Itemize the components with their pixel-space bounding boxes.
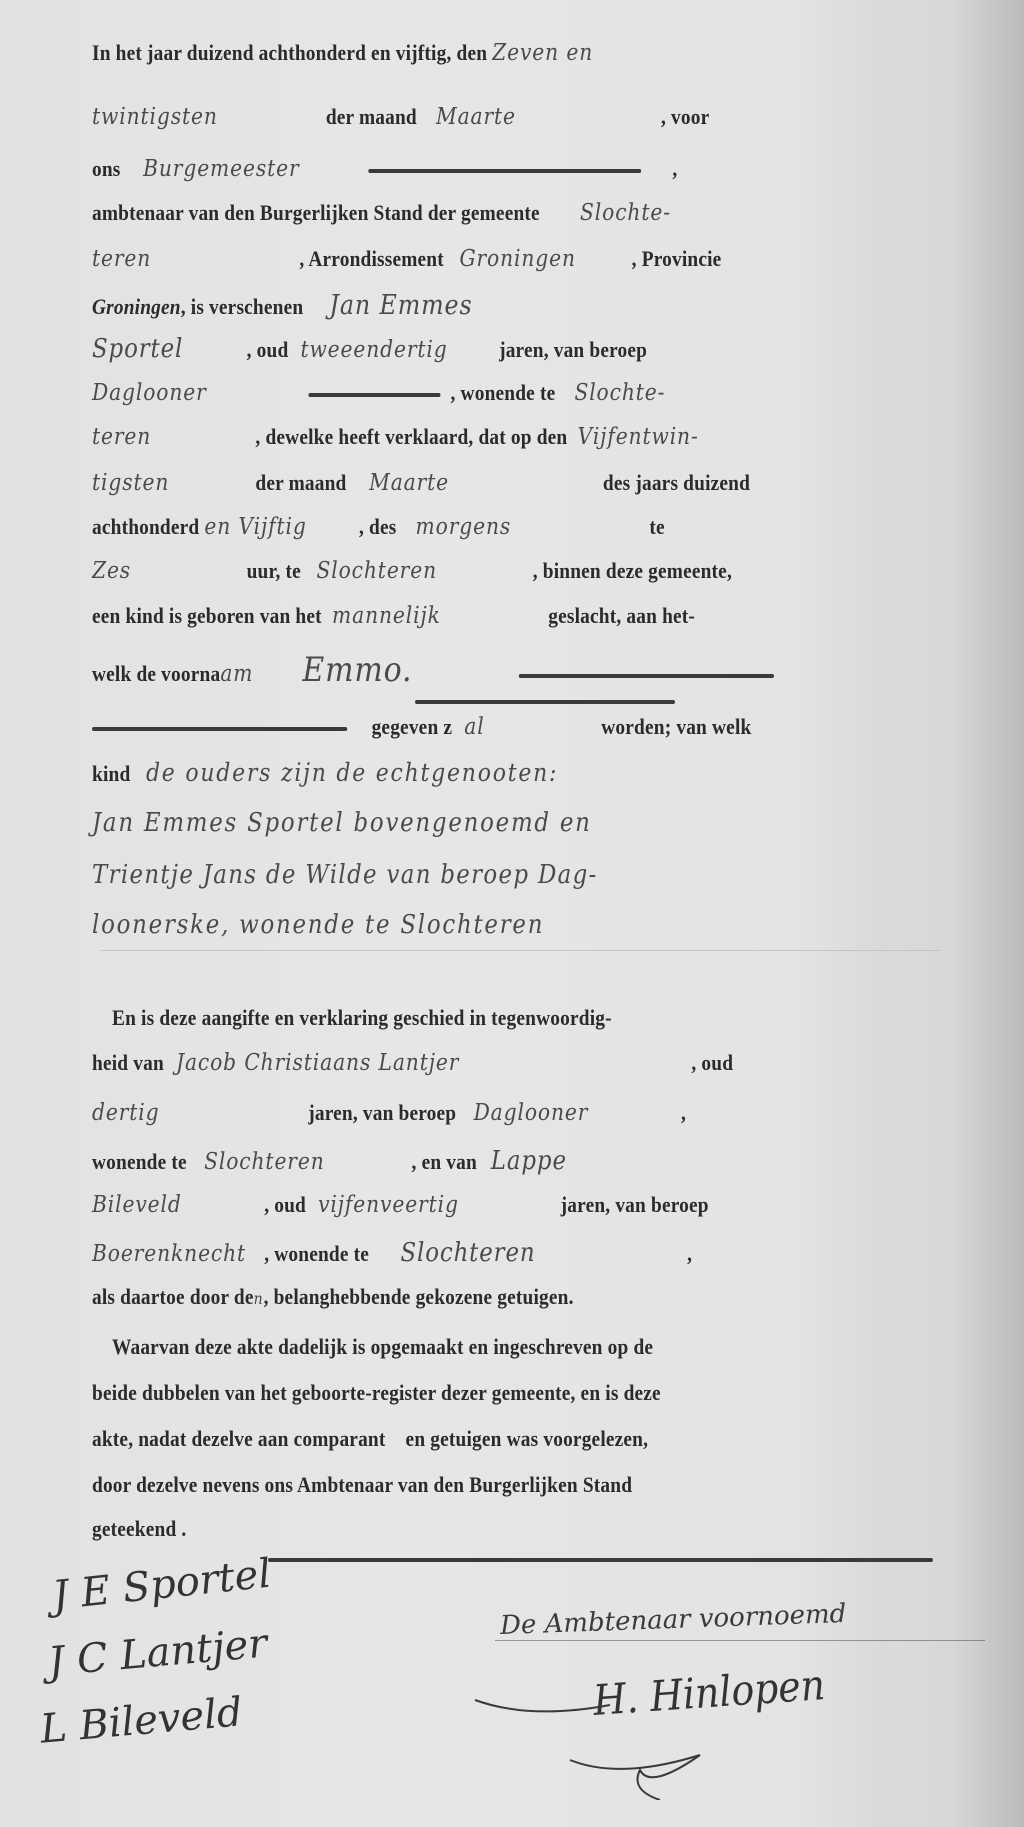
printed-text: , belanghebbende gekozene getuigen.: [264, 1284, 574, 1309]
witness-line-4: wonende te Slochteren , en van Lappe: [92, 1146, 858, 1186]
handwritten-month: Maarte: [436, 104, 656, 130]
witness-line-5: Bileveld , oud vijfenveertig jaren, van …: [92, 1192, 858, 1232]
birth-record-line-5: teren , Arrondissement Groningen , Provi…: [92, 246, 858, 286]
handwritten-day-cont: twintigsten: [92, 104, 321, 130]
printed-text: achthonderd: [92, 514, 199, 539]
printed-text: worden; van welk: [601, 714, 751, 739]
birth-record-line-14: welk de voornaam Emmo.: [92, 650, 858, 700]
handwritten-witness-1-occupation: Daglooner: [474, 1100, 676, 1126]
printed-text: beide dubbelen van het geboorte-register…: [92, 1380, 661, 1405]
birth-record-line-11: achthonderd en Vijftig , des morgens te: [92, 514, 858, 554]
birth-record-line-4: ambtenaar van den Burgerlijken Stand der…: [92, 200, 858, 240]
handwritten-suffix: n: [254, 1289, 264, 1308]
birth-record-line-10: tigsten der maand Maarte des jaars duize…: [92, 470, 858, 510]
fill-line: [519, 674, 774, 678]
fill-line: [368, 169, 641, 173]
printed-province: Groningen: [92, 294, 181, 319]
handwritten-child-first-name: Emmo.: [302, 650, 513, 690]
printed-text: ons: [92, 156, 121, 181]
printed-text: Waarvan deze akte dadelijk is opgemaakt …: [112, 1334, 653, 1359]
handwritten-suffix: al: [464, 714, 596, 740]
fill-line: [92, 727, 347, 731]
printed-text: In het jaar duizend achthonderd en vijft…: [92, 40, 487, 65]
handwritten-arrondissement: Groningen: [459, 246, 626, 272]
closing-line-2: beide dubbelen van het geboorte-register…: [92, 1380, 858, 1420]
printed-text: , dewelke heeft verklaard, dat op den: [255, 424, 567, 449]
handwritten-sex: mannelijk: [332, 603, 543, 629]
birth-record-line-12: Zes uur, te Slochteren , binnen deze gem…: [92, 558, 858, 598]
closing-line-3: akte, nadat dezelve aan comparant en get…: [92, 1426, 858, 1466]
birth-record-line-2: twintigsten der maand Maarte , voor: [92, 104, 858, 144]
birth-record-line-6: Groningen, is verschenen Jan Emmes: [92, 290, 858, 330]
handwritten-time-of-day: morgens: [416, 514, 645, 540]
birth-record-line-9: teren , dewelke heeft verklaard, dat op …: [92, 424, 858, 464]
handwritten-father: Jan Emmes Sportel bovengenoemd en: [92, 808, 592, 838]
printed-text: , oud: [247, 337, 289, 362]
document-page: In het jaar duizend achthonderd en vijft…: [0, 0, 1024, 1827]
birth-record-line-3: ons Burgemeester ,: [92, 156, 858, 196]
printed-text: een kind is geboren van het: [92, 603, 322, 628]
printed-text: , oud: [264, 1192, 306, 1217]
signature-flourish-icon: [470, 1680, 830, 1800]
fill-line: [415, 700, 675, 704]
printed-text: , wonende te: [451, 380, 556, 405]
printed-text: , is verschenen: [181, 294, 304, 319]
birth-record-line-15: gegeven z al worden; van welk: [92, 714, 858, 754]
handwritten-official-title: Burgemeester: [143, 156, 363, 182]
printed-text: gegeven z: [372, 714, 453, 739]
printed-text: der maand: [326, 104, 417, 129]
printed-text: ,: [687, 1241, 692, 1266]
printed-text: door dezelve nevens ons Ambtenaar van de…: [92, 1472, 632, 1497]
handwritten-declarant-name: Jan Emmes: [329, 290, 472, 321]
handwritten-suffix: am: [220, 661, 253, 687]
birth-record-line-7: Sportel , oud tweeendertig jaren, van be…: [92, 334, 858, 374]
printed-text: , binnen deze gemeente,: [533, 558, 732, 583]
handwritten-mother-occupation-residence: loonerske, wonende te Slochteren: [92, 910, 544, 940]
signature-witness-1: J C Lantjer: [46, 1621, 269, 1686]
signature-witness-2: L Bileveld: [38, 1689, 244, 1752]
witness-line-1: En is deze aangifte en verklaring geschi…: [112, 1005, 878, 1045]
fill-line: [268, 1558, 933, 1562]
printed-text: , voor: [661, 104, 709, 129]
printed-text: heid van: [92, 1050, 164, 1075]
printed-text: uur, te: [247, 558, 301, 583]
closing-line-4: door dezelve nevens ons Ambtenaar van de…: [92, 1472, 858, 1512]
handwritten-birth-place: Slochteren: [317, 558, 528, 584]
printed-text: welk de voorna: [92, 661, 220, 686]
handwritten-mother: Trientje Jans de Wilde van beroep Dag-: [92, 860, 598, 890]
printed-text: En is deze aangifte en verklaring geschi…: [112, 1005, 612, 1030]
printed-text: te: [649, 514, 664, 539]
printed-text: jaren, van beroep: [308, 1100, 456, 1125]
printed-text: , wonende te: [264, 1241, 369, 1266]
signature-declarant: J E Sportel: [50, 1551, 273, 1620]
handwritten-witness-2-surname: Bileveld: [92, 1192, 259, 1218]
witness-line-6: Boerenknecht , wonende te Slochteren ,: [92, 1238, 858, 1278]
handwritten-declarant-age: tweeendertig: [300, 337, 494, 363]
closing-line-5: geteekend .: [92, 1516, 858, 1556]
printed-text: ambtenaar van den Burgerlijken Stand der…: [92, 200, 540, 225]
handwritten-witness-2-residence: Slochteren: [400, 1238, 682, 1268]
printed-text: als daartoe door de: [92, 1284, 254, 1309]
handwritten-birth-month: Maarte: [369, 470, 598, 496]
handwritten-residence: Slochte-: [574, 380, 665, 406]
printed-text: geteekend .: [92, 1516, 186, 1541]
handwritten-declarant-surname: Sportel: [92, 334, 242, 364]
printed-text: geslacht, aan het-: [548, 603, 695, 628]
printed-text: des jaars duizend: [603, 470, 750, 495]
printed-text: kind: [92, 761, 130, 786]
handwritten-witness-1-age: dertig: [92, 1100, 303, 1126]
birth-record-line-13: een kind is geboren van het mannelijk ge…: [92, 603, 858, 643]
printed-text: , Arrondissement: [299, 246, 443, 271]
printed-text: jaren, van beroep: [499, 337, 647, 362]
official-caption: De Ambtenaar voornoemd: [500, 1599, 847, 1641]
printed-text: , Provincie: [632, 246, 722, 271]
printed-text: akte, nadat dezelve aan comparant en get…: [92, 1426, 648, 1451]
printed-text: der maand: [255, 470, 346, 495]
birth-record-line-16: kind de ouders zijn de echtgenooten:: [92, 758, 858, 798]
witness-line-2: heid van Jacob Christiaans Lantjer , oud: [92, 1050, 858, 1090]
birth-record-line-17: Jan Emmes Sportel bovengenoemd en: [92, 808, 858, 848]
fill-line: [308, 393, 440, 397]
handwritten-residence-cont: teren: [92, 424, 250, 450]
handwritten-declarant-occupation: Daglooner: [92, 380, 303, 406]
handwritten-witness-1-name: Jacob Christiaans Lantjer: [176, 1050, 686, 1076]
handwritten-birth-day-cont: tigsten: [92, 470, 250, 496]
printed-text: wonende te: [92, 1149, 187, 1174]
handwritten-parents-intro: de ouders zijn de echtgenooten:: [146, 758, 558, 787]
handwritten-birth-year: en Vijftig: [204, 514, 354, 540]
printed-text: ,: [672, 156, 677, 181]
handwritten-birth-hour: Zes: [92, 558, 242, 584]
printed-text: ,: [681, 1100, 686, 1125]
official-caption-underline: [495, 1640, 985, 1641]
birth-record-line-1: In het jaar duizend achthonderd en vijft…: [92, 40, 858, 80]
printed-text: , oud: [691, 1050, 733, 1075]
birth-record-line-19: loonerske, wonende te Slochteren: [92, 910, 858, 950]
handwritten-birth-day: Vijfentwin-: [578, 424, 699, 450]
handwritten-witness-2-occupation: Boerenknecht: [92, 1241, 259, 1267]
printed-text: , en van: [412, 1149, 477, 1174]
closing-line-1: Waarvan deze akte dadelijk is opgemaakt …: [112, 1334, 878, 1374]
birth-record-line-18: Trientje Jans de Wilde van beroep Dag-: [92, 860, 858, 900]
page-edge-shadow: [894, 0, 1024, 1827]
handwritten-municipality-cont: teren: [92, 246, 294, 272]
handwritten-witness-2-firstname: Lappe: [491, 1146, 567, 1176]
handwritten-witness-2-age: vijfenveertig: [318, 1192, 556, 1218]
printed-text: jaren, van beroep: [561, 1192, 709, 1217]
ruled-line: [100, 950, 940, 951]
handwritten-witness-1-residence: Slochteren: [204, 1149, 406, 1175]
printed-text: , des: [359, 514, 396, 539]
handwritten-municipality: Slochte-: [580, 200, 671, 226]
handwritten-day: Zeven en: [492, 40, 593, 66]
witness-line-7: als daartoe door den, belanghebbende gek…: [92, 1284, 858, 1324]
witness-line-3: dertig jaren, van beroep Daglooner ,: [92, 1100, 858, 1140]
birth-record-line-8: Daglooner , wonende te Slochte-: [92, 380, 858, 420]
